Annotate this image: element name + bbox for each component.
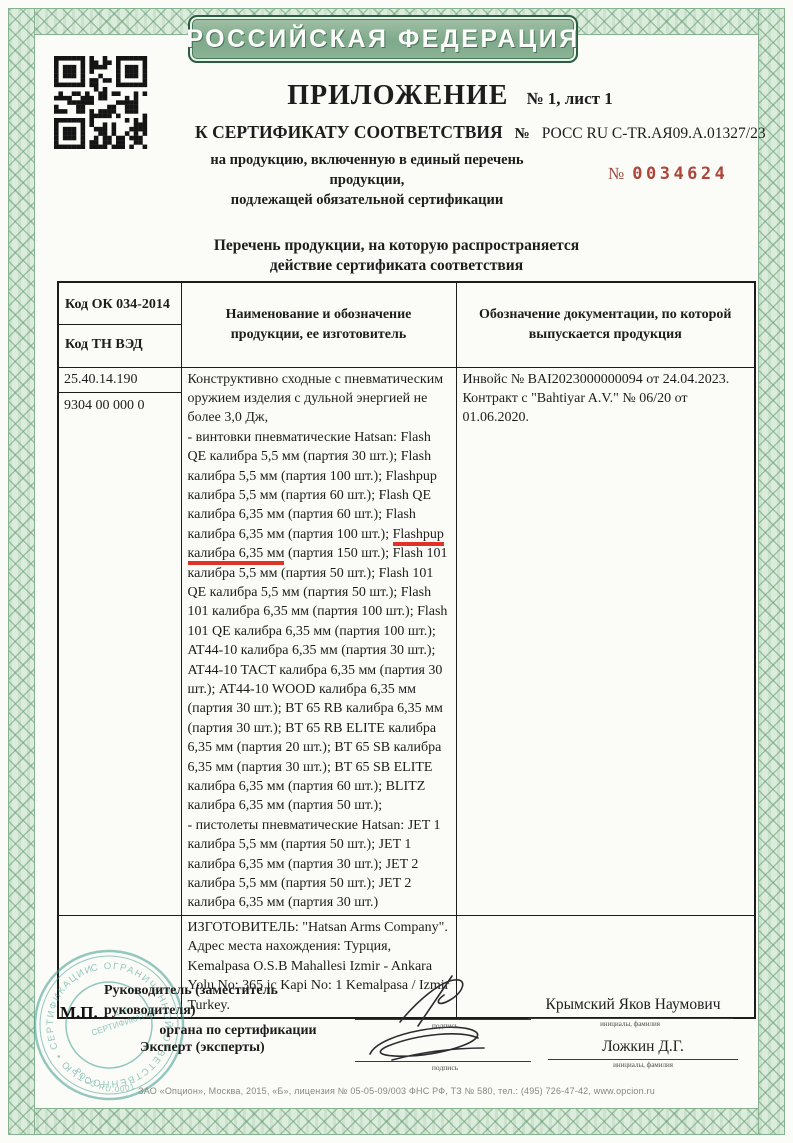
appendix-title-row: ПРИЛОЖЕНИЕ № 1, лист 1 <box>240 80 660 112</box>
country-banner-label: РОССИЙСКАЯ ФЕДЕРАЦИЯ <box>186 25 579 54</box>
product-intro: Конструктивно сходные с пневматическим о… <box>188 370 451 428</box>
products-table: Код ОК 034-2014 Код ТН ВЭД Наименование … <box>57 281 756 1019</box>
table-product-row: 25.40.14.190 9304 00 000 0 Конструктивно… <box>58 367 755 915</box>
expert-signature-caption: подпись <box>400 1063 490 1072</box>
certificate-number: РОСС RU C-TR.АЯ09.А.01327/23 <box>542 125 766 143</box>
certificate-label: К СЕРТИФИКАТУ СООТВЕТСТВИЯ <box>195 122 503 143</box>
cell-codes: 25.40.14.190 9304 00 000 0 <box>58 367 181 915</box>
cell-product-description: Конструктивно сходные с пневматическим о… <box>181 367 456 915</box>
code-ok-value: 25.40.14.190 <box>59 368 181 393</box>
header-code-tnved: Код ТН ВЭД <box>59 325 181 362</box>
subtitle-line-1: на продукцию, включенную в единый перече… <box>183 150 551 190</box>
cell-documentation: Инвойс № BAI2023000000094 от 24.04.2023.… <box>456 367 755 915</box>
head-name-line <box>528 1018 733 1019</box>
border-frame-right <box>758 8 785 1135</box>
head-name: Крымский Яков Наумович <box>533 996 733 1014</box>
product-rifles-before: - винтовки пневматические Hatsan: Flash … <box>188 430 437 542</box>
section-title-line-1: Перечень продукции, на которую распростр… <box>0 236 793 256</box>
sheet-number: № 1, лист 1 <box>526 89 612 109</box>
expert-name-caption: инициалы, фамилия <box>578 1061 708 1069</box>
certificate-page: РОССИЙСКАЯ ФЕДЕРАЦИЯ ПРИЛОЖЕНИЕ № 1, лис… <box>0 0 793 1143</box>
product-pistols: - пистолеты пневматические Hatsan: JET 1… <box>188 816 451 913</box>
table-header-row: Код ОК 034-2014 Код ТН ВЭД Наименование … <box>58 282 755 367</box>
form-serial-digits: 0034624 <box>632 164 728 184</box>
products-section-title: Перечень продукции, на которую распростр… <box>0 236 793 276</box>
form-serial-number: № 0034624 <box>608 164 728 184</box>
certificate-subtitle: на продукцию, включенную в единый перече… <box>183 150 551 210</box>
product-rifles-after: (партия 150 шт.); Flash 101 калибра 5,5 … <box>188 546 448 813</box>
product-rifles: - винтовки пневматические Hatsan: Flash … <box>188 428 451 816</box>
qr-code <box>52 56 149 149</box>
expert-name-line <box>548 1059 738 1060</box>
certificate-number-row: К СЕРТИФИКАТУ СООТВЕТСТВИЯ № РОСС RU C-T… <box>195 122 765 143</box>
country-banner: РОССИЙСКАЯ ФЕДЕРАЦИЯ <box>188 15 578 63</box>
expert-name: Ложкин Д.Г. <box>553 1038 733 1056</box>
header-cell-product: Наименование и обозначение продукции, ее… <box>181 282 456 367</box>
documentation-contract: Контракт с "Bahtiyar A.V." № 06/20 от 01… <box>463 389 750 428</box>
head-name-caption: инициалы, фамилия <box>560 1020 700 1028</box>
head-role-line-2: органа по сертификации <box>104 1021 372 1041</box>
print-house-footer: ЗАО «Опцион», Москва, 2015, «Б», лицензи… <box>0 1086 793 1096</box>
documentation-invoice: Инвойс № BAI2023000000094 от 24.04.2023. <box>463 370 750 389</box>
header-cell-codes: Код ОК 034-2014 Код ТН ВЭД <box>58 282 181 367</box>
head-role-line-1: Руководитель (заместитель руководителя) <box>104 981 372 1021</box>
header-code-ok: Код ОК 034-2014 <box>59 287 181 325</box>
section-title-line-2: действие сертификата соответствия <box>0 256 793 276</box>
head-signature-caption: подпись <box>400 1021 490 1030</box>
mp-seal-label: М.П. <box>60 1003 98 1023</box>
subtitle-line-2: подлежащей обязательной сертификации <box>183 190 551 210</box>
appendix-title: ПРИЛОЖЕНИЕ <box>287 80 508 112</box>
form-numero-sign: № <box>608 164 624 184</box>
expert-signature-line <box>355 1061 531 1062</box>
numero-sign: № <box>515 126 530 143</box>
head-role-label: Руководитель (заместитель руководителя) … <box>104 981 372 1041</box>
code-tnved-value: 9304 00 000 0 <box>59 393 181 417</box>
expert-role-label: Эксперт (эксперты) <box>140 1040 265 1056</box>
header-cell-documentation: Обозначение документации, по которой вып… <box>456 282 755 367</box>
head-signature-line <box>355 1019 531 1020</box>
